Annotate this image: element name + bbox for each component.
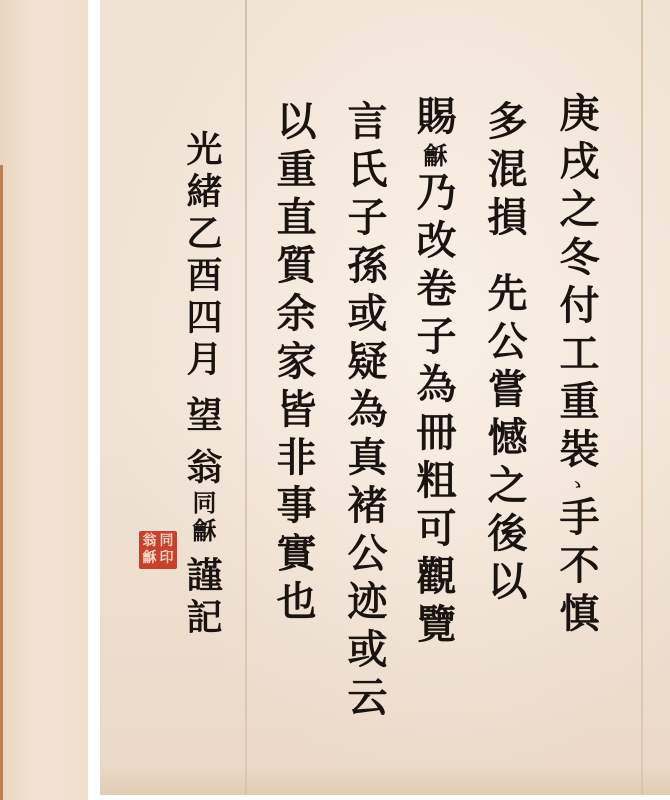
page-fold-line [641,0,643,795]
signature-name: 同龢 [188,490,217,546]
left-page-edge [0,165,3,800]
red-seal-stamp: 翁 同 龢 印 [139,531,177,569]
column-text: 多混損 [481,100,528,244]
column-text: 望 [181,396,223,438]
text-column-1: 庚戌之冬付工重裝ゝ手不慎 [556,92,596,640]
column-text: 翁 [181,448,223,490]
date-text: 光緒乙酉四月 [181,130,223,382]
seal-char: 龢 [141,550,158,567]
seal-char: 翁 [141,533,158,550]
text-column-5: 以重直質余家皆非事實也 [273,100,313,628]
column-text: 以重直質余家皆非事實也 [270,100,317,628]
column-text: 言氏子孫或疑為真 [341,100,388,484]
seal-char: 印 [158,550,175,567]
seal-char: 同 [158,533,175,550]
left-page-fragment [0,0,88,800]
column-small-text: 龢 [419,143,448,171]
text-column-3: 賜龢乃改卷子為冊粗可觀覽 [413,95,453,651]
column-text: 手不慎 [553,496,600,640]
text-column-2: 多混損先公嘗憾之後以 [484,100,524,608]
column-text: 庚戌之冬付工重裝 [553,92,600,476]
column-text: 謹記 [181,556,223,640]
signature-column: 光緒乙酉四月望翁同龢謹記 [184,130,220,640]
page-fold-line [245,0,247,795]
paper-shading [100,765,670,795]
column-text: 先公嘗憾之後以 [481,272,528,608]
column-text: 賜 [410,95,457,143]
calligraphy-page: 庚戌之冬付工重裝ゝ手不慎 多混損先公嘗憾之後以 賜龢乃改卷子為冊粗可觀覽 言氏子… [100,0,670,795]
column-text: 褚公迹或云 [341,484,388,724]
column-text: 乃改卷子為冊粗可觀覽 [410,171,457,651]
text-column-4: 言氏子孫或疑為真褚公迹或云 [344,100,384,724]
